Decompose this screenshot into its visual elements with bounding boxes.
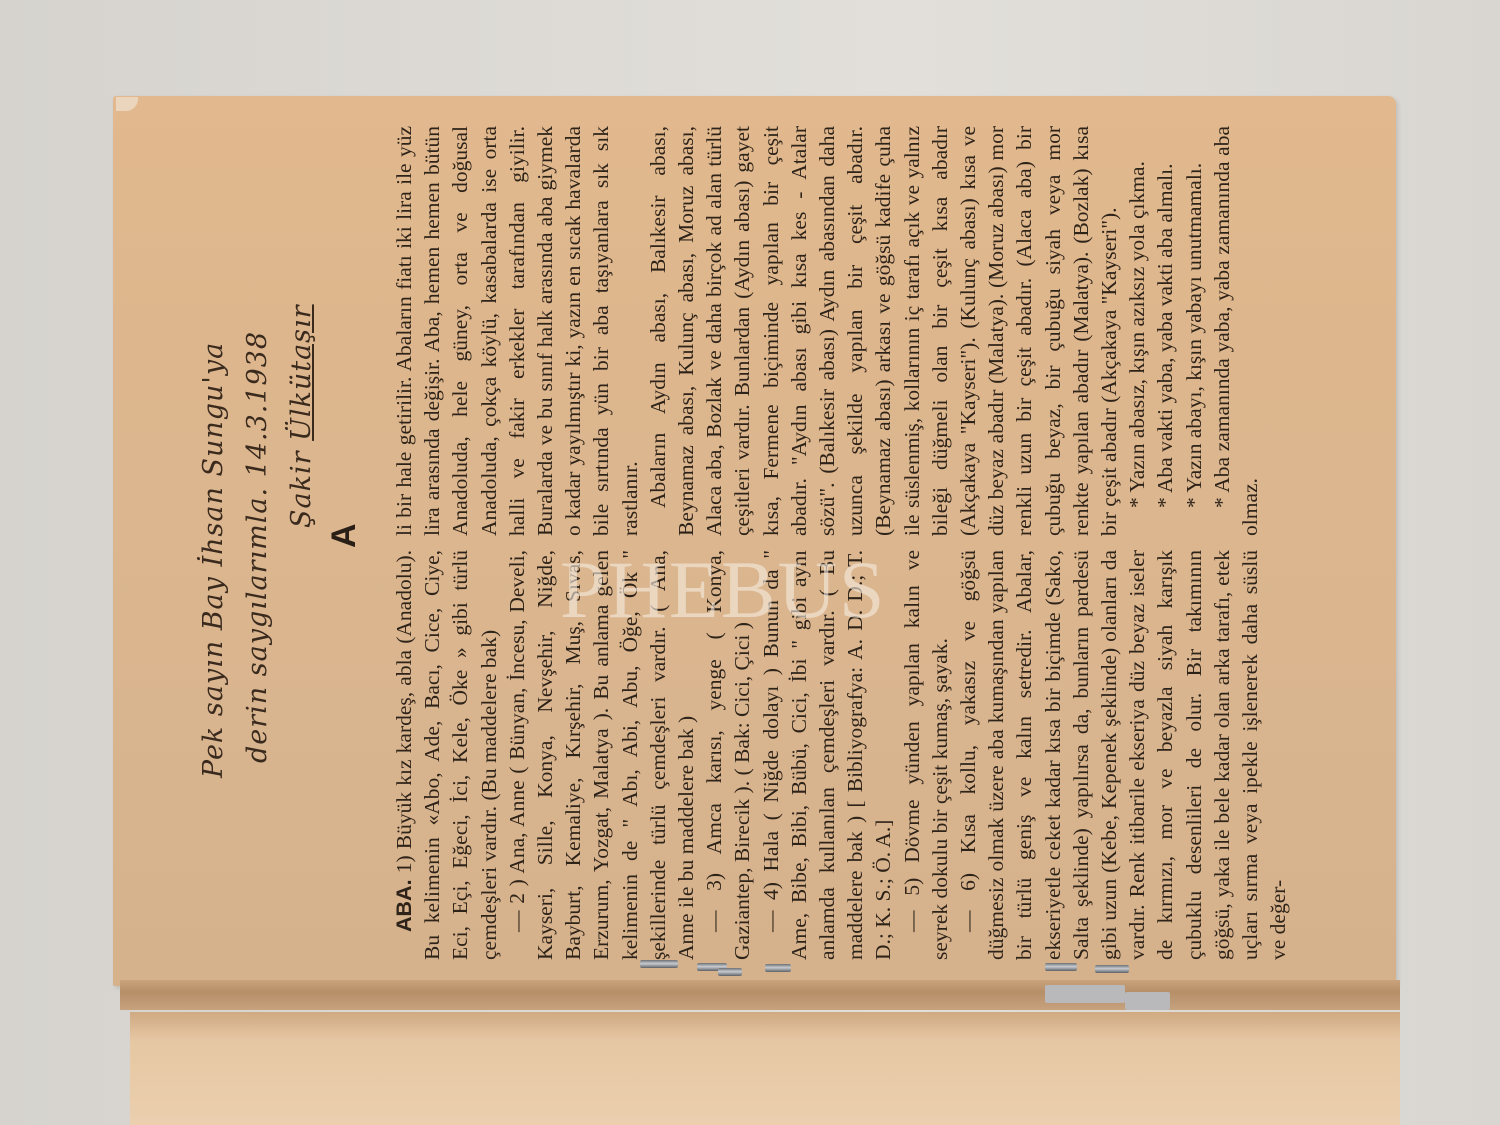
proverb: * Yazın abasız, kışın azıksız yola çıkma… — [1123, 126, 1151, 536]
entry-aba-paragraph-1: ABA. 1) Büyük kız kardeş, abla (Anadolu)… — [390, 550, 503, 960]
gutter-gap — [1045, 985, 1125, 1003]
handwritten-dedication: Pek sayın Bay İhsan Sungu'ya derin saygı… — [185, 98, 335, 968]
dedication-signature: Şakir Ülkütaşır — [281, 304, 323, 528]
proverb: * Aba zamanında yaba, yaba zamanında aba… — [1208, 126, 1264, 536]
dedication-line-1: Pek sayın Bay İhsan Sungu'ya — [193, 342, 235, 778]
proverb: * Aba vakti yaba, yaba vakti aba almalı. — [1151, 126, 1179, 536]
right-paragraph-2: Abaların Aydın abası, Balıkesir abası, B… — [644, 126, 1123, 536]
entry-headword: ABA. — [392, 879, 416, 932]
signature-first-name: Şakir — [286, 451, 317, 529]
staple — [718, 968, 742, 976]
gutter-gap — [1125, 992, 1170, 1010]
signature-surname: Ülkütaşır — [286, 304, 317, 441]
section-letter: A — [325, 523, 364, 548]
rotated-page-content: Pek sayın Bay İhsan Sungu'ya derin saygı… — [185, 98, 1265, 968]
binding-gutter — [120, 980, 1400, 1010]
next-page — [130, 1012, 1400, 1125]
entry-aba-paragraph-6: — 6) Kısa kollu, yakasız ve göğsü düğmes… — [954, 550, 1292, 960]
dedication-line-2: derin saygılarımla. 14.3.1938 — [237, 331, 279, 763]
right-text-column: li bir hale getirilir. Abaların fiatı ik… — [390, 126, 1264, 536]
right-paragraph-1: li bir hale getirilir. Abaların fiatı ik… — [390, 126, 644, 536]
proverb: * Yazın abayı, kışın yabayı unutmamalı. — [1180, 126, 1208, 536]
phebus-watermark: PHEBUS — [560, 545, 960, 635]
